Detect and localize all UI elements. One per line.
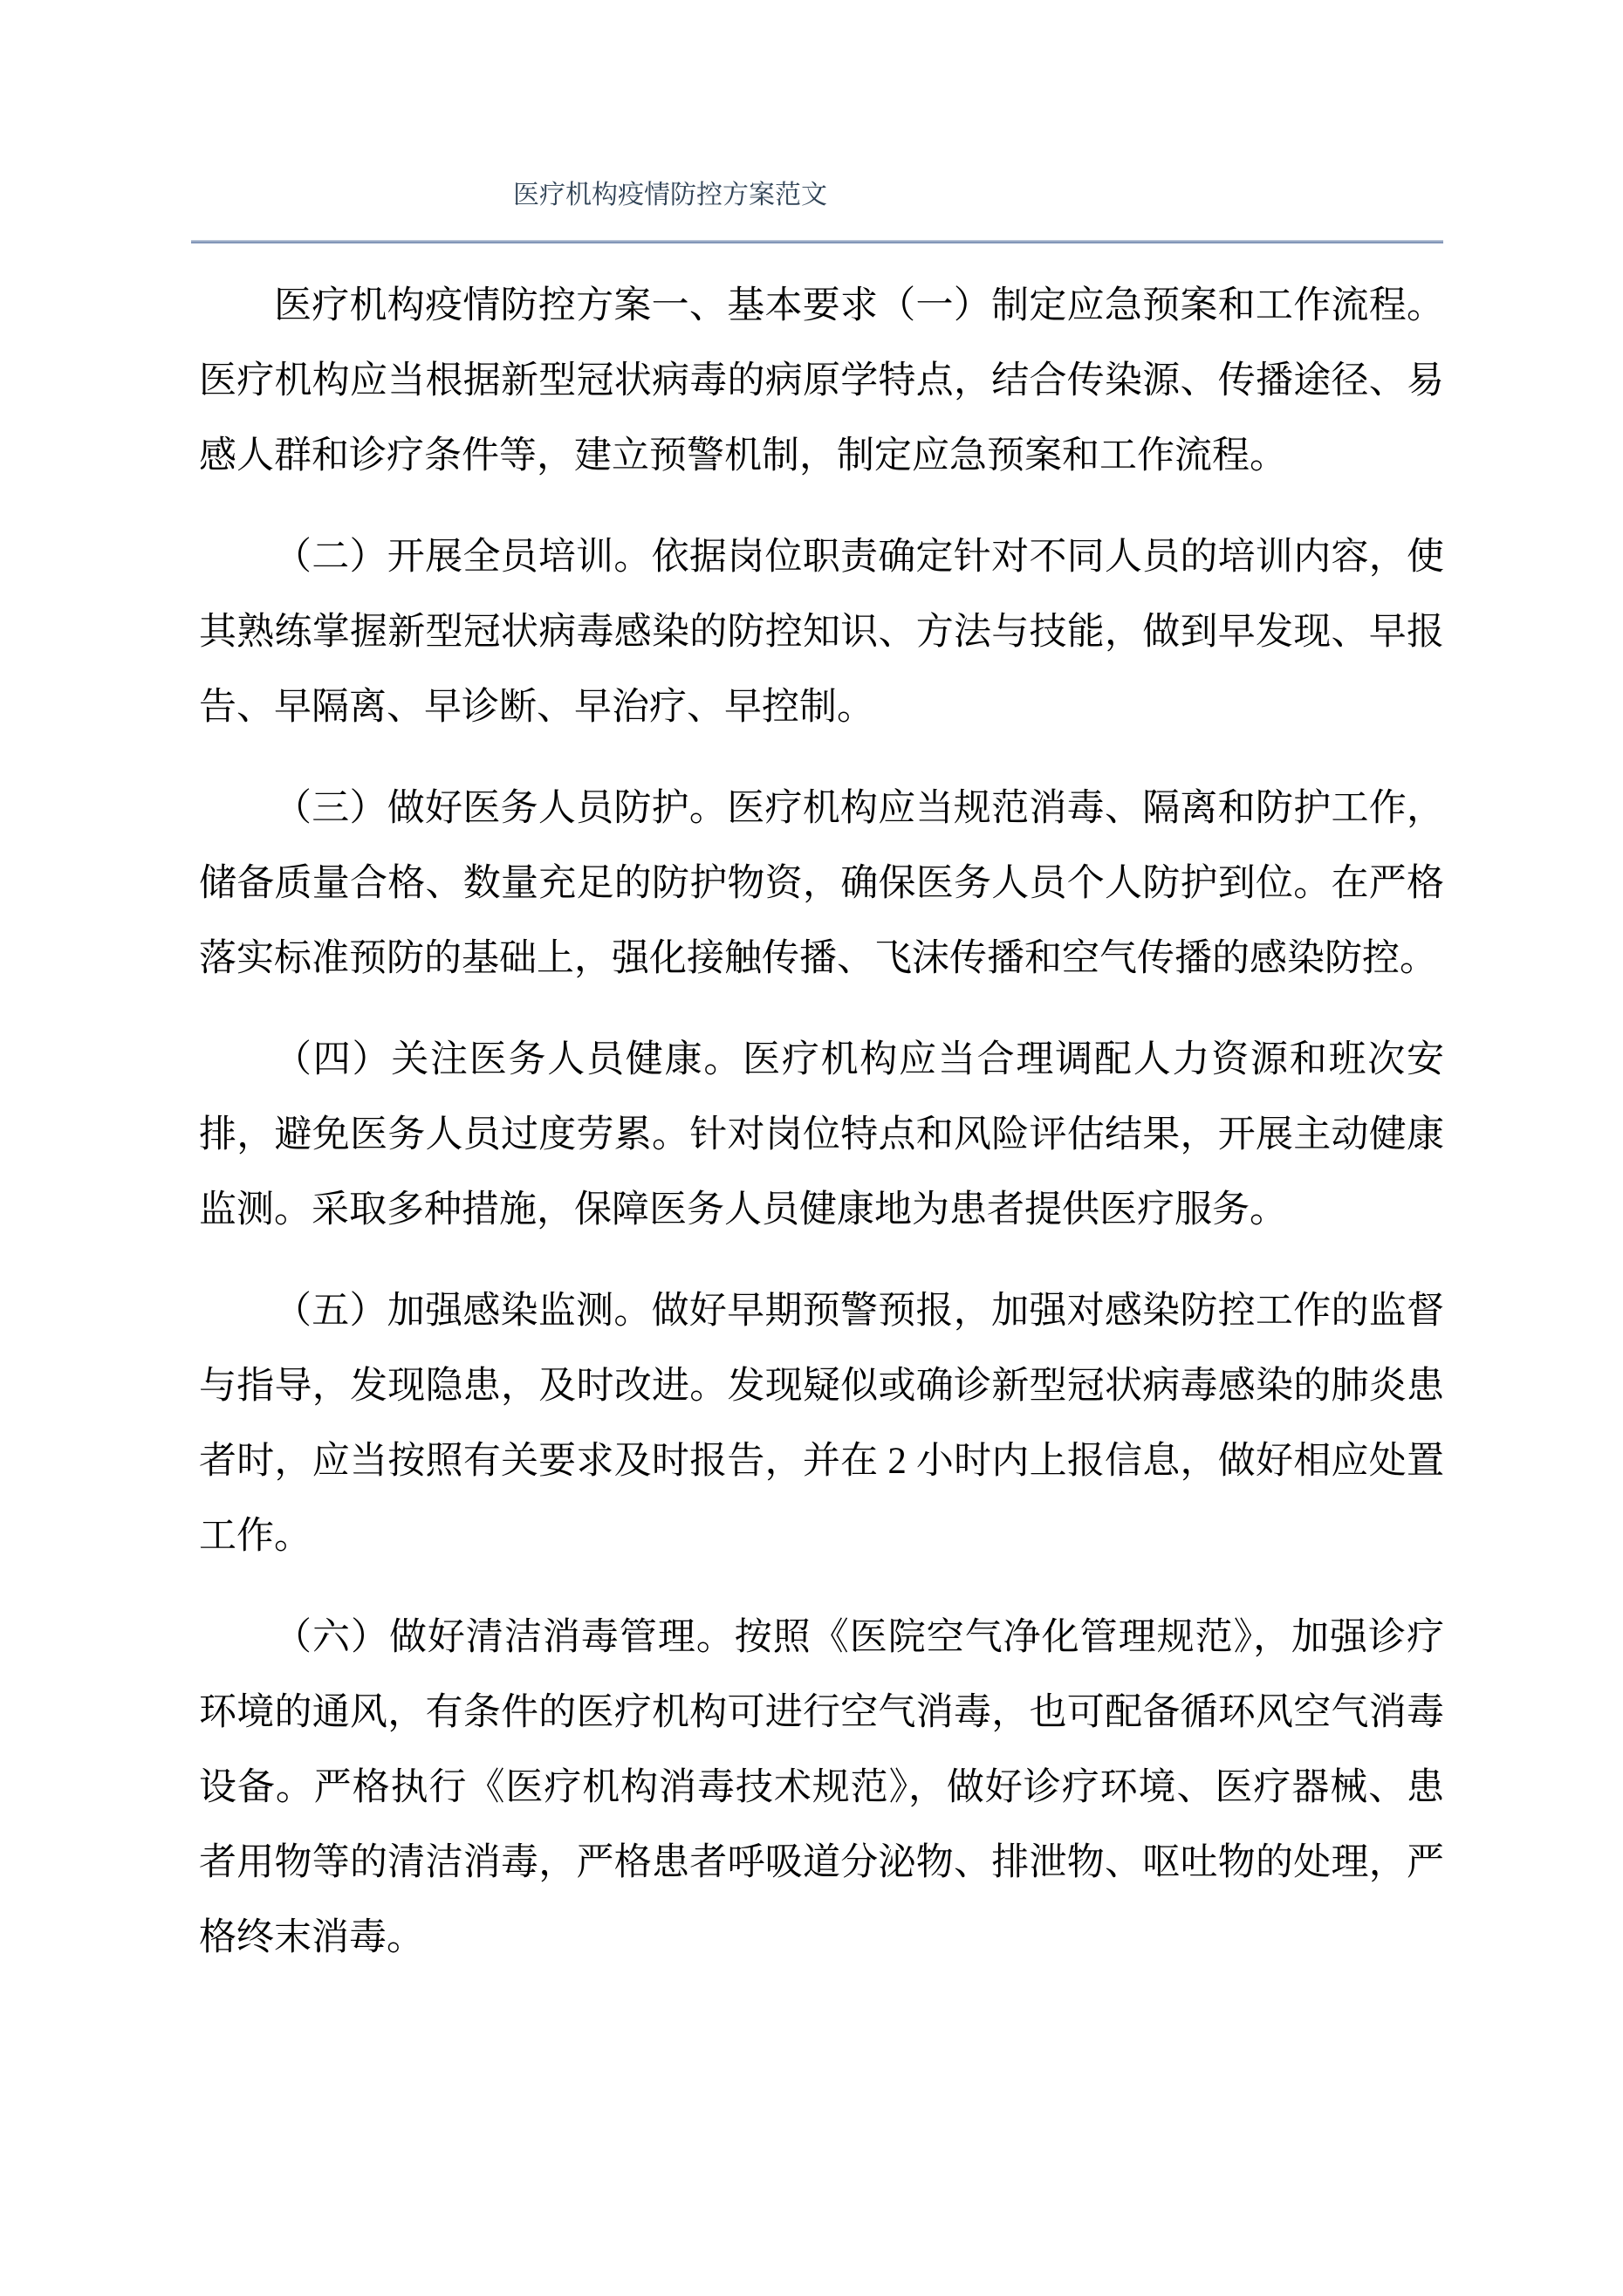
paragraph-cleaning-disinfection: （六）做好清洁消毒管理。按照《医院空气净化管理规范》，加强诊疗环境的通风，有条件… (199, 1600, 1444, 1976)
page-title: 医疗机构疫情防控方案范文 (513, 179, 827, 212)
document-body: 医疗机构疫情防控方案一、基本要求（一）制定应急预案和工作流程。医疗机构应当根据新… (199, 269, 1444, 1976)
paragraph-staff-protection: （三）做好医务人员防护。医疗机构应当规范消毒、隔离和防护工作，储备质量合格、数量… (199, 771, 1444, 997)
title-underline-rule (191, 240, 1443, 243)
document-header: 医疗机构疫情防控方案范文 (199, 179, 1444, 212)
paragraph-training: （二）开展全员培训。依据岗位职责确定针对不同人员的培训内容，使其熟练掌握新型冠状… (199, 520, 1444, 745)
paragraph-basic-requirements: 医疗机构疫情防控方案一、基本要求（一）制定应急预案和工作流程。医疗机构应当根据新… (199, 269, 1444, 494)
paragraph-infection-monitoring: （五）加强感染监测。做好早期预警预报，加强对感染防控工作的监督与指导，发现隐患，… (199, 1274, 1444, 1574)
document-page: 医疗机构疫情防控方案范文 医疗机构疫情防控方案一、基本要求（一）制定应急预案和工… (0, 0, 1623, 2296)
paragraph-staff-health: （四）关注医务人员健康。医疗机构应当合理调配人力资源和班次安排，避免医务人员过度… (199, 1023, 1444, 1248)
